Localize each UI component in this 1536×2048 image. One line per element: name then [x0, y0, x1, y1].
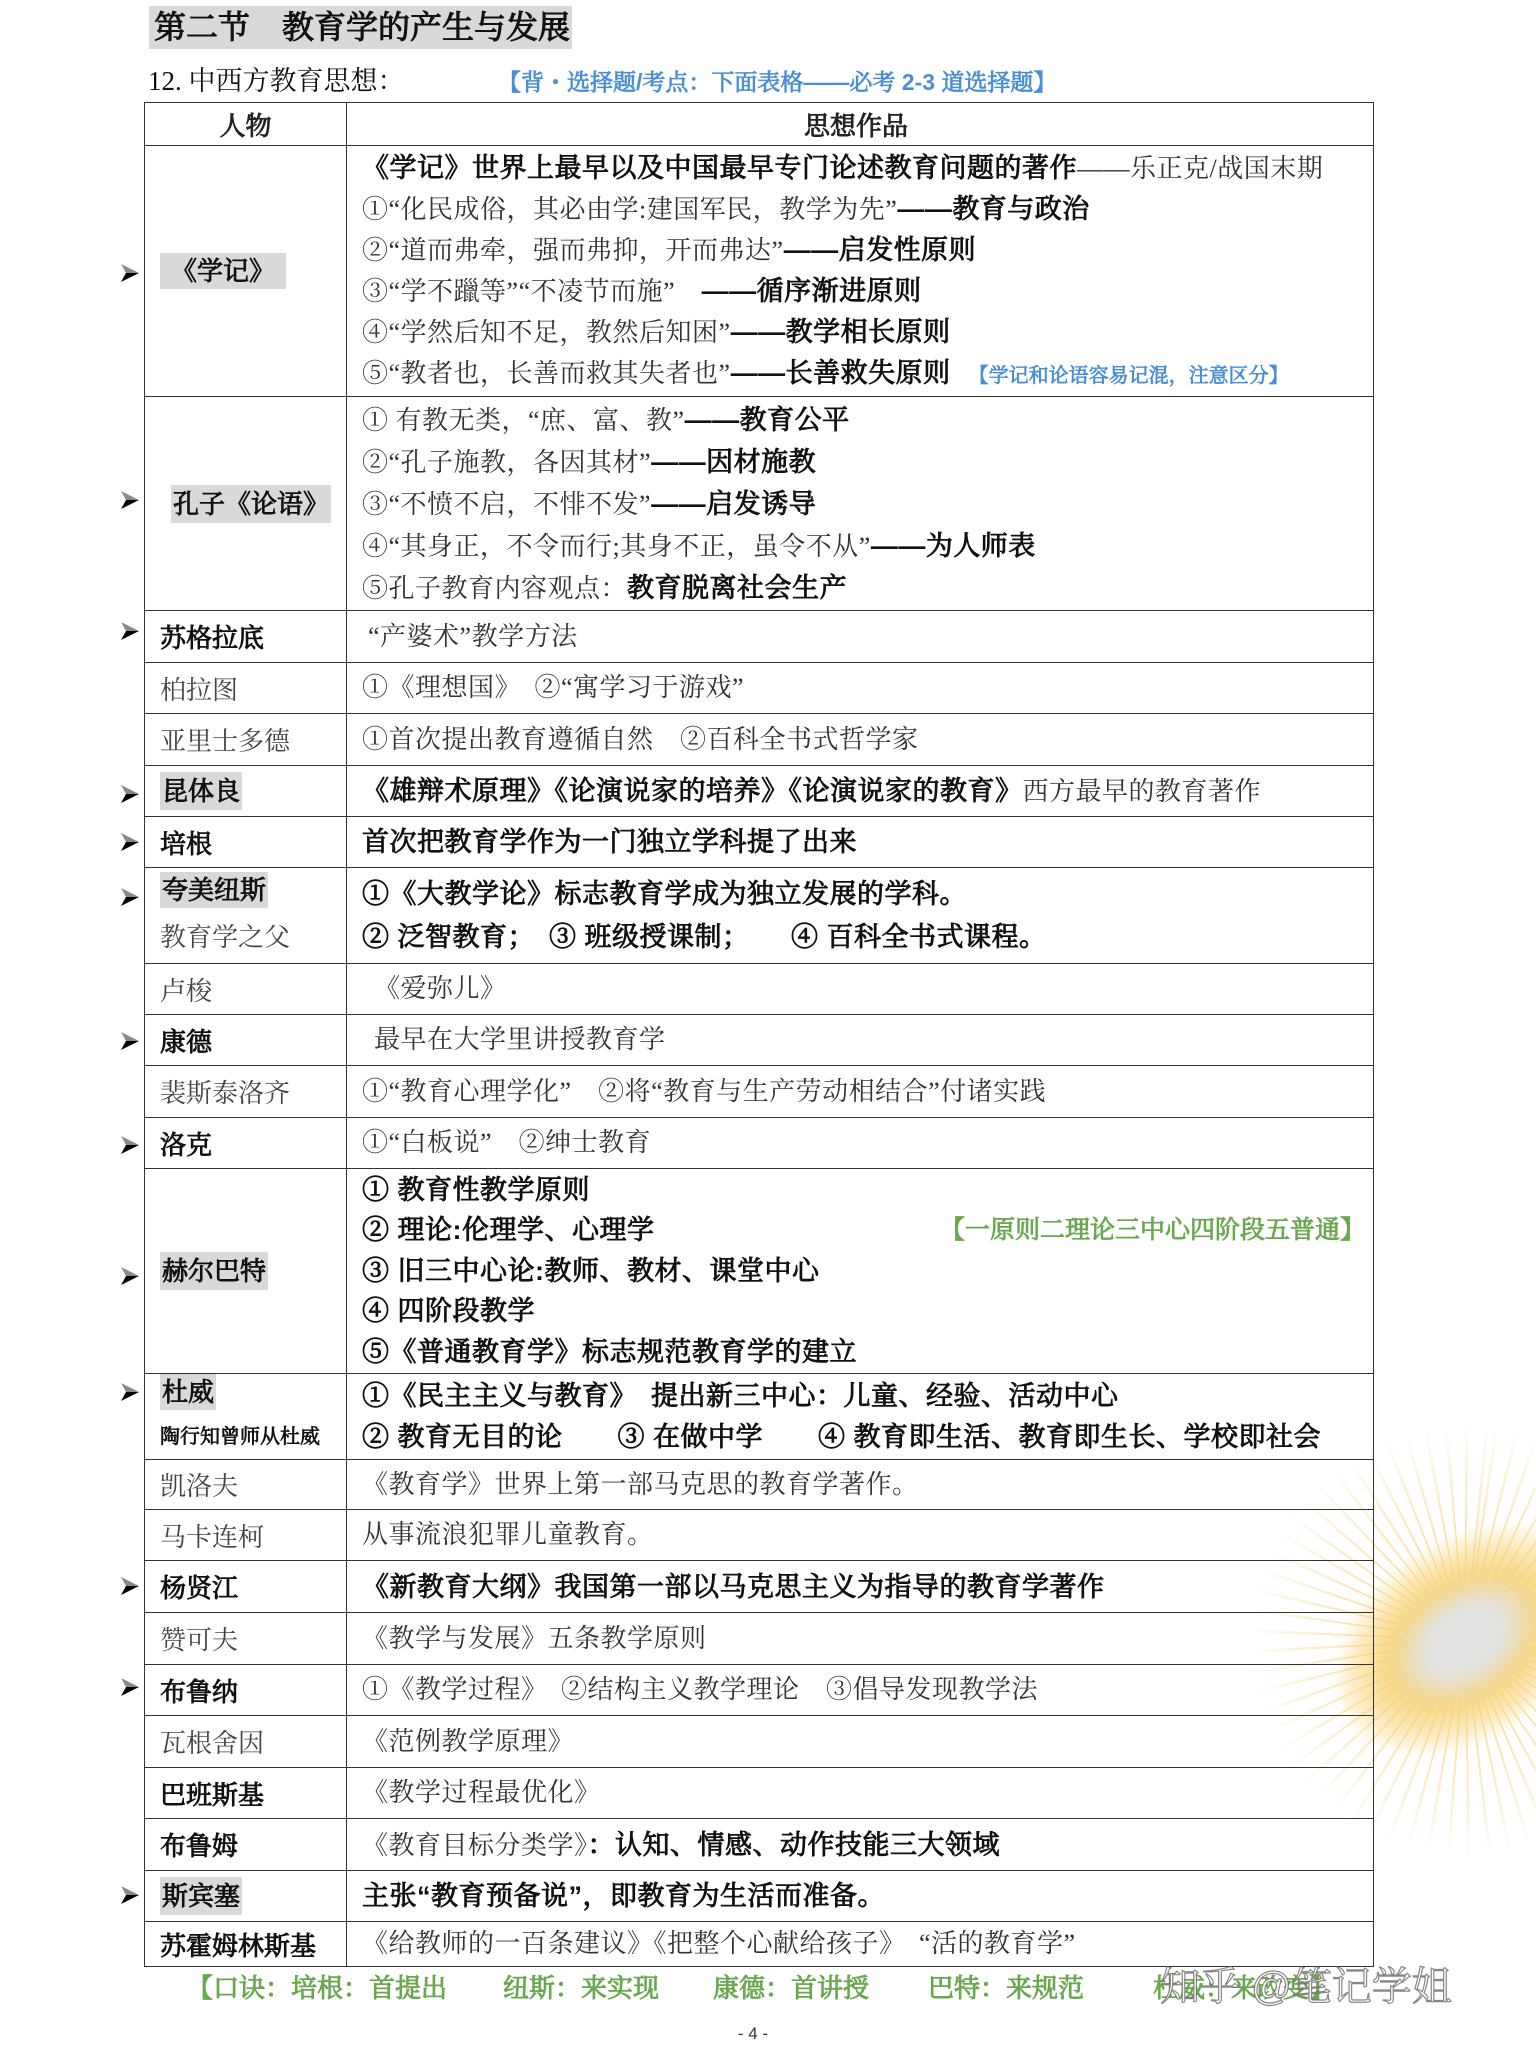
person-name: 裴斯泰洛齐: [160, 1073, 346, 1110]
works-text: ④“学然后知不足，教然后知困”: [362, 318, 731, 347]
table-row-bacon: 培根 首次把教育学作为一门独立学科提了出来: [145, 817, 1373, 868]
person-name: 马卡连柯: [160, 1517, 346, 1554]
bullet-arrow-icon: [120, 1885, 140, 1905]
person-cell: 孔子《论语》: [145, 397, 347, 610]
education-thinkers-table: 人物 思想作品 《学记》 《学记》世界上最早以及中国最早专门论述教育问题的著作—…: [144, 102, 1374, 1967]
works-text: ④ 四阶段教学: [362, 1296, 535, 1326]
works-line: ①《理想国》 ②“寓学习于游戏”: [362, 671, 1365, 705]
person-subtitle: 陶行知曾师从杜威: [160, 1426, 320, 1448]
document-page: 第二节 教育学的产生与发展 12. 中西方教育思想： 【背・选择题/考点：下面表…: [0, 0, 1536, 2048]
column-header-works: 思想作品: [347, 103, 1373, 145]
works-cell: 主张“教育预备说”，即教育为生活而准备。: [347, 1871, 1373, 1921]
works-cell: ①“白板说” ②绅士教育: [347, 1118, 1373, 1168]
person-cell: 卢梭: [145, 964, 347, 1014]
works-text: ——因材施教: [651, 447, 816, 477]
bullet-arrow-icon: [120, 1382, 140, 1402]
works-cell: 首次把教育学作为一门独立学科提了出来: [347, 817, 1373, 867]
works-text: ② 理论:伦理学、心理学: [362, 1215, 655, 1245]
table-row-zankov: 赞可夫 《教学与发展》五条教学原则: [145, 1613, 1373, 1665]
works-line: 《新教育大纲》我国第一部以马克思主义为指导的教育学著作: [362, 1570, 1365, 1604]
person-cell: 赞可夫: [145, 1613, 347, 1664]
works-text: 《教育目标分类学》: [362, 1831, 588, 1860]
works-line: 《范例教学原理》: [362, 1725, 1365, 1759]
table-row-spencer: 斯宾塞 主张“教育预备说”，即教育为生活而准备。: [145, 1871, 1373, 1922]
works-text: 首次把教育学作为一门独立学科提了出来: [362, 827, 857, 857]
works-cell: ①《理想国》 ②“寓学习于游戏”: [347, 663, 1373, 713]
person-cell: 洛克: [145, 1118, 347, 1168]
mnemonic-note: 【一原则二理论三中心四阶段五普通】: [940, 1210, 1365, 1251]
person-cell: 布鲁纳: [145, 1665, 347, 1715]
works-text: ③“学不躐等”“不凌节而施”: [362, 277, 702, 306]
mnemonic-part: 巴特：来规范: [928, 1971, 1084, 2005]
person-cell: 杜威 陶行知曾师从杜威: [145, 1374, 347, 1459]
works-text: “产婆术”教学方法: [368, 622, 578, 651]
works-line: ④ 四阶段教学: [362, 1291, 1365, 1332]
bullet-arrow-icon: [120, 1135, 140, 1155]
works-cell: 《学记》世界上最早以及中国最早专门论述教育问题的著作——乐正克/战国末期 ①“化…: [347, 146, 1373, 396]
works-text: ②“道而弗牵，强而弗抑，开而弗达”: [362, 236, 784, 265]
person-cell: 亚里士多德: [145, 714, 347, 765]
person-name: 洛克: [160, 1125, 346, 1162]
table-row-kairov: 凯洛夫 《教育学》世界上第一部马克思的教育学著作。: [145, 1460, 1373, 1510]
works-cell: 《教育目标分类学》：认知、情感、动作技能三大领域: [347, 1819, 1373, 1870]
works-text: 《给教师的一百条建议》《把整个心献给孩子》 “活的教育学”: [362, 1929, 1076, 1958]
table-row-babansky: 巴班斯基 《教学过程最优化》: [145, 1768, 1373, 1819]
person-cell: 裴斯泰洛齐: [145, 1066, 347, 1117]
bullet-arrow-icon: [120, 1031, 140, 1051]
table-row-dewey: 杜威 陶行知曾师从杜威 ①《民主主义与教育》 提出新三中心：儿童、经验、活动中心…: [145, 1374, 1373, 1460]
works-text: ④“其身正，不令而行;其身不正，虽令不从”: [362, 532, 871, 561]
watermark: 知乎 @笔记学姐: [1160, 1962, 1452, 2012]
person-cell: 柏拉图: [145, 663, 347, 713]
person-name: 培根: [160, 824, 346, 861]
person-name: 柏拉图: [160, 670, 346, 707]
works-text: 教育脱离社会生产: [627, 573, 847, 603]
person-name: 斯宾塞: [160, 1877, 242, 1915]
works-text: ①《理想国》 ②“寓学习于游戏”: [362, 673, 744, 702]
table-row-kant: 康德 最早在大学里讲授教育学: [145, 1015, 1373, 1066]
works-text: ——长善救失原则: [731, 358, 951, 388]
works-text: ②“孔子施教，各因其材”: [362, 448, 651, 477]
works-cell: 《范例教学原理》: [347, 1716, 1373, 1767]
works-text: ①《大教学论》标志教育学成为独立发展的学科。: [362, 879, 967, 909]
person-cell: 《学记》: [145, 146, 347, 396]
person-name: 康德: [160, 1022, 346, 1059]
works-text: ：认知、情感、动作技能三大领域: [588, 1830, 1001, 1860]
works-line: ①“教育心理学化” ②将“教育与生产劳动相结合”付诸实践: [362, 1075, 1365, 1109]
person-subtitle-line: 教育学之父: [160, 916, 346, 959]
works-line: 主张“教育预备说”，即教育为生活而准备。: [362, 1879, 1365, 1913]
works-text: 西方最早的教育著作: [1023, 777, 1262, 806]
works-line: ①首次提出教育遵循自然 ②百科全书式哲学家: [362, 723, 1365, 757]
works-text: 《教学过程最优化》: [362, 1778, 601, 1807]
works-line: ① 教育性教学原则: [362, 1170, 1365, 1211]
works-line: 从事流浪犯罪儿童教育。: [362, 1518, 1365, 1552]
works-text: ①《教学过程》 ②结构主义教学理论 ③倡导发现教学法: [362, 1675, 1038, 1704]
mnemonic-part: 康德：首讲授: [713, 1971, 869, 2005]
person-cell: 夸美纽斯 教育学之父: [145, 868, 347, 963]
works-text: 从事流浪犯罪儿童教育。: [362, 1520, 654, 1549]
works-cell: “产婆术”教学方法: [347, 611, 1373, 662]
works-text: ①“教育心理学化” ②将“教育与生产劳动相结合”付诸实践: [362, 1077, 1046, 1106]
table-row-bruner: 布鲁纳 ①《教学过程》 ②结构主义教学理论 ③倡导发现教学法: [145, 1665, 1373, 1716]
works-text: ——启发诱导: [651, 489, 816, 519]
person-cell: 康德: [145, 1015, 347, 1065]
works-cell: ①《民主主义与教育》 提出新三中心：儿童、经验、活动中心 ② 教育无目的论 ③ …: [347, 1374, 1373, 1459]
works-cell: 《教育学》世界上第一部马克思的教育学著作。: [347, 1460, 1373, 1509]
person-name: 凯洛夫: [160, 1466, 346, 1503]
person-name: 赞可夫: [160, 1620, 346, 1657]
works-cell: ① 有教无类，“庶、富、教”——教育公平 ②“孔子施教，各因其材”——因材施教 …: [347, 397, 1373, 610]
works-text: ② 教育无目的论 ③ 在做中学 ④ 教育即生活、教育即生长、学校即社会: [362, 1422, 1321, 1452]
person-name: 瓦根舍因: [160, 1723, 346, 1760]
works-line: 《给教师的一百条建议》《把整个心献给孩子》 “活的教育学”: [362, 1927, 1365, 1961]
works-text: ——为人师表: [871, 531, 1036, 561]
person-cell: 培根: [145, 817, 347, 867]
person-cell: 杨贤江: [145, 1561, 347, 1612]
works-line: ①“化民成俗，其必由学:建国军民，教学为先”——教育与政治: [362, 189, 1365, 230]
mnemonic-part: 【口诀：培根：首提出: [187, 1971, 447, 2005]
works-line: ①《民主主义与教育》 提出新三中心：儿童、经验、活动中心: [362, 1376, 1365, 1417]
works-text: ①《民主主义与教育》 提出新三中心：儿童、经验、活动中心: [362, 1381, 1119, 1411]
table-row-aristotle: 亚里士多德 ①首次提出教育遵循自然 ②百科全书式哲学家: [145, 714, 1373, 766]
works-cell: ① 教育性教学原则 ② 理论:伦理学、心理学【一原则二理论三中心四阶段五普通】 …: [347, 1169, 1373, 1373]
bullet-arrow-icon: [120, 1266, 140, 1286]
table-row-comenius: 夸美纽斯 教育学之父 ①《大教学论》标志教育学成为独立发展的学科。 ② 泛智教育…: [145, 868, 1373, 964]
bullet-arrow-icon: [120, 832, 140, 852]
works-text: ①“白板说” ②绅士教育: [362, 1128, 651, 1157]
study-tip-note: 【学记和论语容易记混，注意区分】: [969, 365, 1289, 387]
works-line: ③“不愤不启，不悱不发”——启发诱导: [362, 483, 1365, 525]
person-subtitle-line: 陶行知曾师从杜威: [160, 1417, 346, 1458]
section-title: 第二节 教育学的产生与发展: [149, 6, 572, 49]
table-row-socrates: 苏格拉底 “产婆术”教学方法: [145, 611, 1373, 663]
person-name: 苏格拉底: [160, 618, 346, 655]
works-text: ③ 旧三中心论:教师、教材、课堂中心: [362, 1256, 820, 1286]
person-name: 《学记》: [160, 253, 286, 289]
subheading: 12. 中西方教育思想：: [148, 64, 405, 98]
person-cell: 布鲁姆: [145, 1819, 347, 1870]
person-name: 布鲁姆: [160, 1826, 346, 1863]
person-subtitle: 教育学之父: [160, 923, 290, 952]
person-name: 孔子《论语》: [171, 485, 331, 523]
table-row-wagenschein: 瓦根舍因 《范例教学原理》: [145, 1716, 1373, 1768]
works-text: ⑤《普通教育学》标志规范教育学的建立: [362, 1337, 857, 1367]
works-line: 《教育学》世界上第一部马克思的教育学著作。: [362, 1468, 1365, 1502]
person-cell: 斯宾塞: [145, 1871, 347, 1921]
works-line: ② 泛智教育； ③ 班级授课制； ④ 百科全书式课程。: [362, 916, 1365, 959]
table-row-bloom: 布鲁姆 《教育目标分类学》：认知、情感、动作技能三大领域: [145, 1819, 1373, 1871]
table-row-yang-xianjiang: 杨贤江 《新教育大纲》我国第一部以马克思主义为指导的教育学著作: [145, 1561, 1373, 1613]
works-cell: 《教学过程最优化》: [347, 1768, 1373, 1818]
person-name: 夸美纽斯: [160, 872, 268, 908]
works-text: ② 泛智教育； ③ 班级授课制； ④ 百科全书式课程。: [362, 922, 1047, 952]
table-row-sukhomlinsky: 苏霍姆林斯基 《给教师的一百条建议》《把整个心献给孩子》 “活的教育学”: [145, 1922, 1373, 1967]
table-row-xueji: 《学记》 《学记》世界上最早以及中国最早专门论述教育问题的著作——乐正克/战国末…: [145, 146, 1373, 397]
works-line: ②“孔子施教，各因其材”——因材施教: [362, 441, 1365, 483]
works-text: ⑤“教者也，长善而救其失者也”: [362, 359, 731, 388]
works-cell: ①《大教学论》标志教育学成为独立发展的学科。 ② 泛智教育； ③ 班级授课制； …: [347, 868, 1373, 963]
works-line: ⑤《普通教育学》标志规范教育学的建立: [362, 1332, 1365, 1373]
works-line: “产婆术”教学方法: [368, 620, 1365, 654]
works-line: 《教学与发展》五条教学原则: [362, 1622, 1365, 1656]
works-line: ①《大教学论》标志教育学成为独立发展的学科。: [362, 873, 1365, 916]
table-row-herbart: 赫尔巴特 ① 教育性教学原则 ② 理论:伦理学、心理学【一原则二理论三中心四阶段…: [145, 1169, 1373, 1374]
person-cell: 马卡连柯: [145, 1510, 347, 1560]
works-line: ③ 旧三中心论:教师、教材、课堂中心: [362, 1251, 1365, 1292]
works-text: ——循序渐进原则: [702, 276, 922, 306]
person-name: 杨贤江: [160, 1568, 346, 1605]
works-line: ② 理论:伦理学、心理学【一原则二理论三中心四阶段五普通】: [362, 1210, 1365, 1251]
works-line: ②“道而弗牵，强而弗抑，开而弗达”——启发性原则: [362, 230, 1365, 271]
person-name: 布鲁纳: [160, 1672, 346, 1709]
works-line: ④“学然后知不足，教然后知困”——教学相长原则: [362, 312, 1365, 353]
bullet-arrow-icon: [120, 621, 140, 641]
person-name: 苏霍姆林斯基: [160, 1926, 346, 1963]
works-text: ③“不愤不启，不悱不发”: [362, 490, 651, 519]
works-text: ⑤孔子教育内容观点：: [362, 574, 627, 603]
works-text: 最早在大学里讲授教育学: [374, 1025, 666, 1054]
person-cell: 苏霍姆林斯基: [145, 1922, 347, 1966]
person-cell: 瓦根舍因: [145, 1716, 347, 1767]
works-cell: 从事流浪犯罪儿童教育。: [347, 1510, 1373, 1560]
works-text: 《教学与发展》五条教学原则: [362, 1624, 707, 1653]
bullet-arrow-icon: [120, 490, 140, 510]
works-text: ——乐正克/战国末期: [1077, 154, 1323, 183]
works-line: ①“白板说” ②绅士教育: [362, 1126, 1365, 1160]
works-line: 《教学过程最优化》: [362, 1776, 1365, 1810]
person-name: 亚里士多德: [160, 721, 346, 758]
exam-note: 【背・选择题/考点：下面表格——必考 2-3 道选择题】: [498, 66, 1056, 98]
person-cell: 凯洛夫: [145, 1460, 347, 1509]
works-text: 主张“教育预备说”，即教育为生活而准备。: [362, 1881, 885, 1911]
person-name-line: 杜威: [160, 1376, 346, 1417]
bullet-arrow-icon: [120, 1677, 140, 1697]
column-header-person: 人物: [145, 103, 347, 145]
works-cell: 《教学与发展》五条教学原则: [347, 1613, 1373, 1664]
works-text: ——教育与政治: [897, 194, 1090, 224]
table-header-row: 人物 思想作品: [145, 103, 1373, 146]
works-line: ⑤孔子教育内容观点：教育脱离社会生产: [362, 567, 1365, 609]
bullet-arrow-icon: [120, 887, 140, 907]
works-line: 最早在大学里讲授教育学: [374, 1023, 1365, 1057]
person-cell: 赫尔巴特: [145, 1169, 347, 1373]
works-cell: ①《教学过程》 ②结构主义教学理论 ③倡导发现教学法: [347, 1665, 1373, 1715]
table-row-plato: 柏拉图 ①《理想国》 ②“寓学习于游戏”: [145, 663, 1373, 714]
table-row-locke: 洛克 ①“白板说” ②绅士教育: [145, 1118, 1373, 1169]
works-line: 《学记》世界上最早以及中国最早专门论述教育问题的著作——乐正克/战国末期: [362, 148, 1365, 189]
works-line: 《雄辩术原理》《论演说家的培养》《论演说家的教育》西方最早的教育著作: [362, 774, 1365, 808]
works-text: ① 有教无类，“庶、富、教”: [362, 406, 685, 435]
works-text: 《雄辩术原理》《论演说家的培养》《论演说家的教育》: [362, 776, 1023, 806]
works-text: 《范例教学原理》: [362, 1727, 574, 1756]
works-text: 《新教育大纲》我国第一部以马克思主义为指导的教育学著作: [362, 1572, 1105, 1602]
works-cell: 《给教师的一百条建议》《把整个心献给孩子》 “活的教育学”: [347, 1922, 1373, 1966]
page-number: - 4 -: [730, 2024, 776, 2044]
table-row-pestalozzi: 裴斯泰洛齐 ①“教育心理学化” ②将“教育与生产劳动相结合”付诸实践: [145, 1066, 1373, 1118]
works-cell: 最早在大学里讲授教育学: [347, 1015, 1373, 1065]
works-cell: ①“教育心理学化” ②将“教育与生产劳动相结合”付诸实践: [347, 1066, 1373, 1117]
works-cell: ①首次提出教育遵循自然 ②百科全书式哲学家: [347, 714, 1373, 765]
works-line: 首次把教育学作为一门独立学科提了出来: [362, 825, 1365, 859]
works-text: 《教育学》世界上第一部马克思的教育学著作。: [362, 1470, 919, 1499]
works-line: 《教育目标分类学》：认知、情感、动作技能三大领域: [362, 1828, 1365, 1862]
bullet-arrow-icon: [120, 784, 140, 804]
works-line: 《爱弥儿》: [374, 972, 1365, 1006]
person-name: 巴班斯基: [160, 1775, 346, 1812]
works-text: ——教育公平: [685, 405, 850, 435]
works-text: 《爱弥儿》: [374, 974, 507, 1003]
works-text: ①首次提出教育遵循自然 ②百科全书式哲学家: [362, 725, 919, 754]
person-cell: 巴班斯基: [145, 1768, 347, 1818]
person-name-line: 夸美纽斯: [160, 873, 346, 916]
works-text: ——启发性原则: [784, 235, 977, 265]
works-text: ——教学相长原则: [731, 317, 951, 347]
works-line: ①《教学过程》 ②结构主义教学理论 ③倡导发现教学法: [362, 1673, 1365, 1707]
bullet-arrow-icon: [120, 263, 140, 283]
works-line: ③“学不躐等”“不凌节而施” ——循序渐进原则: [362, 271, 1365, 312]
table-row-rousseau: 卢梭 《爱弥儿》: [145, 964, 1373, 1015]
person-name: 昆体良: [160, 772, 242, 810]
works-line: ① 有教无类，“庶、富、教”——教育公平: [362, 399, 1365, 441]
person-name: 赫尔巴特: [160, 1252, 268, 1290]
works-text: ① 教育性教学原则: [362, 1175, 590, 1205]
works-cell: 《新教育大纲》我国第一部以马克思主义为指导的教育学著作: [347, 1561, 1373, 1612]
bullet-arrow-icon: [120, 1576, 140, 1596]
person-cell: 昆体良: [145, 766, 347, 816]
table-row-quintilian: 昆体良 《雄辩术原理》《论演说家的培养》《论演说家的教育》西方最早的教育著作: [145, 766, 1373, 817]
works-text: 《学记》世界上最早以及中国最早专门论述教育问题的著作: [362, 153, 1077, 183]
person-name: 卢梭: [160, 971, 346, 1008]
works-line: ⑤“教者也，长善而救其失者也”——长善救失原则【学记和论语容易记混，注意区分】: [362, 353, 1365, 394]
person-cell: 苏格拉底: [145, 611, 347, 662]
works-text: ①“化民成俗，其必由学:建国军民，教学为先”: [362, 195, 897, 224]
table-row-lunyu: 孔子《论语》 ① 有教无类，“庶、富、教”——教育公平 ②“孔子施教，各因其材”…: [145, 397, 1373, 611]
works-cell: 《雄辩术原理》《论演说家的培养》《论演说家的教育》西方最早的教育著作: [347, 766, 1373, 816]
person-name: 杜威: [160, 1374, 216, 1410]
works-line: ② 教育无目的论 ③ 在做中学 ④ 教育即生活、教育即生长、学校即社会: [362, 1417, 1365, 1458]
table-row-makarenko: 马卡连柯 从事流浪犯罪儿童教育。: [145, 1510, 1373, 1561]
works-line: ④“其身正，不令而行;其身不正，虽令不从”——为人师表: [362, 525, 1365, 567]
mnemonic-part: 纽斯：来实现: [503, 1971, 659, 2005]
works-cell: 《爱弥儿》: [347, 964, 1373, 1014]
